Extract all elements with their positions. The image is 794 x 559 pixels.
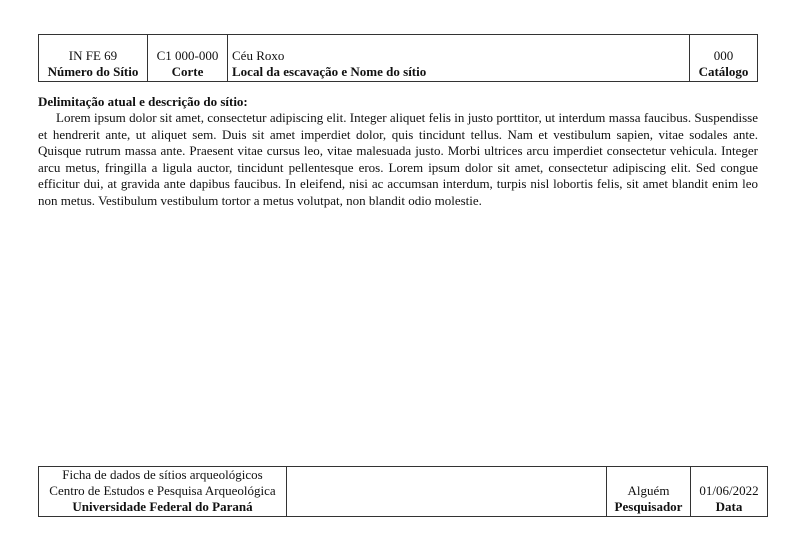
date-label: Data — [695, 499, 763, 515]
institution-line-2: Centro de Estudos e Pesquisa Arqueológic… — [43, 483, 282, 499]
footer-table: Ficha de dados de sítios arqueológicos C… — [38, 466, 768, 517]
location-label: Local da escavação e Nome do sítio — [232, 64, 685, 80]
date-cell: 01/06/2022 Data — [691, 467, 768, 517]
cut-label: Corte — [152, 64, 223, 80]
institution-cell: Ficha de dados de sítios arqueológicos C… — [39, 467, 287, 517]
notes-cell — [287, 467, 607, 517]
researcher-label: Pesquisador — [611, 499, 686, 515]
site-description-section: Delimitação atual e descrição do sítio: … — [38, 94, 758, 210]
header-table: IN FE 69 Número do Sítio C1 000-000 Cort… — [38, 34, 758, 82]
section-title: Delimitação atual e descrição do sítio: — [38, 94, 758, 110]
researcher-value: Alguém — [611, 483, 686, 499]
institution-line-1: Ficha de dados de sítios arqueológicos — [43, 467, 282, 483]
cut-value: C1 000-000 — [152, 48, 223, 64]
location-cell: Céu Roxo Local da escavação e Nome do sí… — [228, 35, 690, 82]
researcher-cell: Alguém Pesquisador — [607, 467, 691, 517]
catalog-value: 000 — [694, 48, 753, 64]
site-number-cell: IN FE 69 Número do Sítio — [39, 35, 148, 82]
site-number-label: Número do Sítio — [43, 64, 143, 80]
catalog-label: Catálogo — [694, 64, 753, 80]
section-body: Lorem ipsum dolor sit amet, consectetur … — [38, 110, 758, 210]
catalog-cell: 000 Catálogo — [690, 35, 758, 82]
site-number-value: IN FE 69 — [43, 48, 143, 64]
date-value: 01/06/2022 — [695, 483, 763, 499]
location-value: Céu Roxo — [232, 48, 685, 64]
institution-line-3: Universidade Federal do Paraná — [43, 499, 282, 515]
cut-cell: C1 000-000 Corte — [148, 35, 228, 82]
